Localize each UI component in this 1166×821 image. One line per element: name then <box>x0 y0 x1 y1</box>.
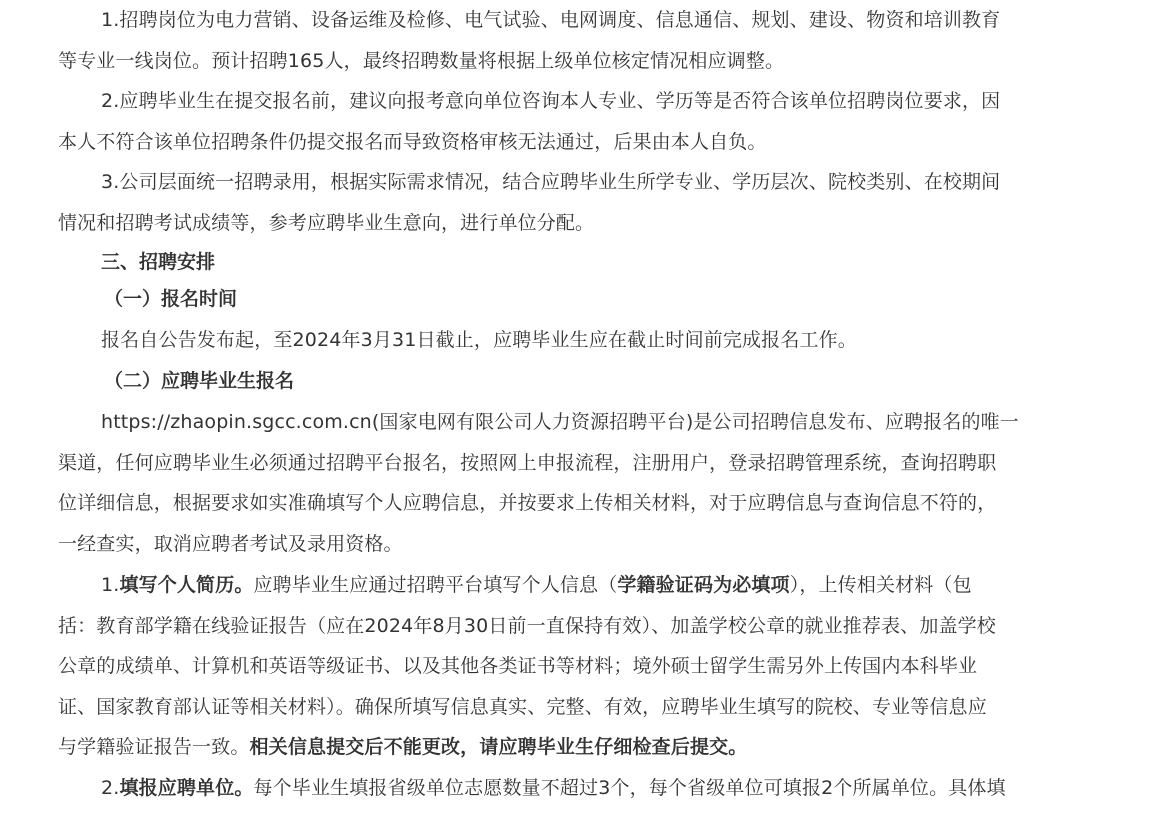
paragraph-line: https://zhaopin.sgcc.com.cn(国家电网有限公司人力资源… <box>58 402 1110 443</box>
paragraph-line: 本人不符合该单位招聘条件仍提交报名而导致资格审核无法通过，后果由本人自负。 <box>58 122 1110 163</box>
paragraph-unified-recruitment: 3.公司层面统一招聘录用，根据实际需求情况，结合应聘毕业生所学专业、学历层次、院… <box>58 162 1110 243</box>
section-heading-recruitment-arrangement: 三、招聘安排 <box>58 242 1110 283</box>
paragraph-registration-platform: https://zhaopin.sgcc.com.cn(国家电网有限公司人力资源… <box>58 402 1110 564</box>
paragraph-consult-advice: 2.应聘毕业生在提交报名前，建议向报考意向单位咨询本人专业、学历等是否符合该单位… <box>58 81 1110 162</box>
paragraph-line: 3.公司层面统一招聘录用，根据实际需求情况，结合应聘毕业生所学专业、学历层次、院… <box>58 162 1110 203</box>
step-title: 填写个人简历。 <box>119 574 253 596</box>
required-field-note: 学籍验证码为必填项 <box>617 574 789 596</box>
step-title: 填报应聘单位。 <box>119 777 253 799</box>
paragraph-recruitment-positions: 1.招聘岗位为电力营销、设备运维及检修、电气试验、电网调度、信息通信、规划、建设… <box>58 0 1110 81</box>
paragraph-fill-resume: 1.填写个人简历。应聘毕业生应通过招聘平台填写个人信息（学籍验证码为必填项），上… <box>58 565 1110 768</box>
submission-warning: 相关信息提交后不能更改，请应聘毕业生仔细检查后提交。 <box>250 736 748 758</box>
step-number: 1. <box>101 574 119 596</box>
subheading-registration-time: （一）报名时间 <box>58 279 1110 320</box>
article-body: 1.招聘岗位为电力营销、设备运维及检修、电气试验、电网调度、信息通信、规划、建设… <box>58 0 1110 808</box>
step-number: 2. <box>101 777 119 799</box>
paragraph-line-text: ），上传相关材料（包 <box>790 574 972 596</box>
paragraph-line: 报名自公告发布起，至2024年3月31日截止，应聘毕业生应在截止时间前完成报名工… <box>101 320 1110 361</box>
paragraph-line: 证、国家教育部认证等相关材料）。确保所填写信息真实、完整、有效，应聘毕业生填写的… <box>58 687 1110 728</box>
paragraph-line-text: 与学籍验证报告一致。 <box>58 736 250 758</box>
subheading-graduate-registration: （二）应聘毕业生报名 <box>58 361 1110 402</box>
paragraph-line: 位详细信息，根据要求如实准确填写个人应聘信息，并按要求上传相关材料，对于应聘信息… <box>58 483 1110 524</box>
recruitment-platform-link[interactable]: https://zhaopin.sgcc.com.cn <box>101 411 372 433</box>
paragraph-line: 公章的成绩单、计算机和英语等级证书、以及其他各类证书等材料；境外硕士留学生需另外… <box>58 646 1110 687</box>
paragraph-line: 括：教育部学籍在线验证报告（应在2024年8月30日前一直保持有效）、加盖学校公… <box>58 606 1110 647</box>
paragraph-line: 1.招聘岗位为电力营销、设备运维及检修、电气试验、电网调度、信息通信、规划、建设… <box>58 0 1110 41</box>
paragraph-line: 情况和招聘考试成绩等，参考应聘毕业生意向，进行单位分配。 <box>58 203 1110 244</box>
paragraph-line: 渠道，任何应聘毕业生必须通过招聘平台报名，按照网上申报流程，注册用户，登录招聘管… <box>58 443 1110 484</box>
paragraph-line: 等专业一线岗位。预计招聘165人，最终招聘数量将根据上级单位核定情况相应调整。 <box>58 41 1110 82</box>
paragraph-line-text: (国家电网有限公司人力资源招聘平台)是公司招聘信息发布、应聘报名的唯一 <box>372 411 1019 433</box>
paragraph-line: 2.填报应聘单位。每个毕业生填报省级单位志愿数量不超过3个，每个省级单位可填报2… <box>58 768 1110 809</box>
paragraph-line-text: 应聘毕业生应通过招聘平台填写个人信息（ <box>254 574 618 596</box>
paragraph-registration-time: 报名自公告发布起，至2024年3月31日截止，应聘毕业生应在截止时间前完成报名工… <box>58 320 1110 361</box>
paragraph-line-text: 每个毕业生填报省级单位志愿数量不超过3个，每个省级单位可填报2个所属单位。具体填 <box>254 777 1006 799</box>
paragraph-line: 一经查实，取消应聘者考试及录用资格。 <box>58 524 1110 565</box>
paragraph-line: 1.填写个人简历。应聘毕业生应通过招聘平台填写个人信息（学籍验证码为必填项），上… <box>58 565 1110 606</box>
paragraph-line: 与学籍验证报告一致。相关信息提交后不能更改，请应聘毕业生仔细检查后提交。 <box>58 727 1110 768</box>
paragraph-line: 2.应聘毕业生在提交报名前，建议向报考意向单位咨询本人专业、学历等是否符合该单位… <box>58 81 1110 122</box>
paragraph-fill-units: 2.填报应聘单位。每个毕业生填报省级单位志愿数量不超过3个，每个省级单位可填报2… <box>58 768 1110 809</box>
